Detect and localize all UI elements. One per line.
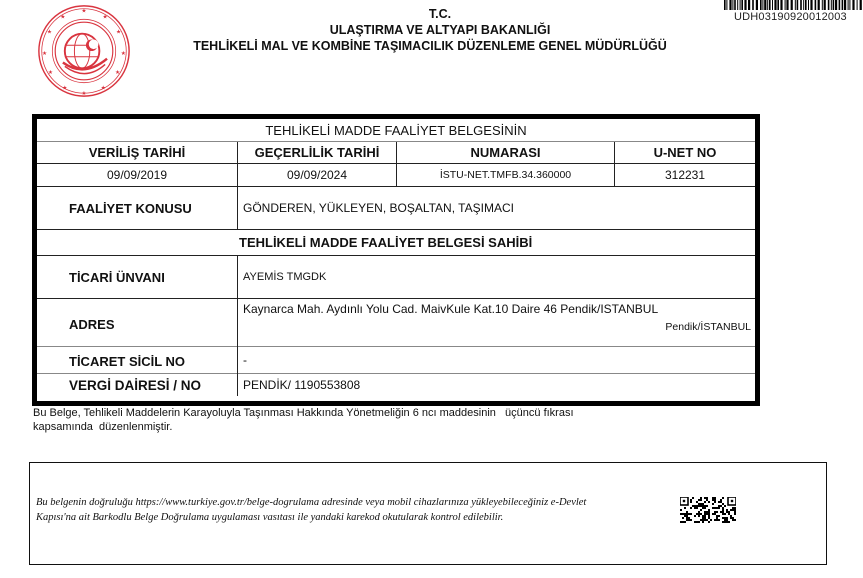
header-directorate: TEHLİKELİ MAL VE KOMBİNE TAŞIMACILIK DÜZ… [150,38,710,54]
certificate-number-value: İSTU-NET.TMFB.34.360000 [397,164,614,186]
unet-no-value: 312231 [615,164,755,186]
ministry-seal-icon: ★★★ ★★★ ★★★ ★★★ [36,3,132,99]
svg-text:★: ★ [42,50,47,57]
trade-name-value: AYEMİS TMGDK [238,256,755,298]
legal-note-line1: Bu Belge, Tehlikeli Maddelerin Karayoluy… [33,406,633,420]
legal-note-line2: kapsamında düzenlenmiştir. [33,420,633,434]
document-header: T.C. ULAŞTIRMA VE ALTYAPI BAKANLIĞI TEHL… [150,6,710,54]
certificate-title: TEHLİKELİ MADDE FAALİYET BELGESİNİN [37,119,755,141]
verification-line2: Kapısı'na ait Barkodlu Belge Doğrulama u… [36,510,666,525]
activity-label: FAALİYET KONUSU [37,187,237,229]
column-validity-date: GEÇERLİLİK TARİHİ [238,142,396,163]
address-label: ADRES [37,299,237,346]
svg-text:★: ★ [103,13,108,20]
trade-name-label: TİCARİ ÜNVANI [37,256,237,298]
column-unet-no: U-NET NO [615,142,755,163]
svg-text:★: ★ [81,90,86,97]
svg-text:★: ★ [48,69,53,76]
barcode-number: UDH03190920012003 [734,11,847,23]
svg-text:★: ★ [81,8,86,15]
svg-text:★: ★ [115,69,120,76]
verification-text: Bu belgenin doğruluğu https://www.turkiy… [36,495,666,525]
tax-office-label: VERGİ DAİRESİ / NO [37,374,237,396]
trade-registry-label: TİCARET SİCİL NO [37,347,237,373]
owner-section-title: TEHLİKELİ MADDE FAALİYET BELGESİ SAHİBİ [238,230,755,255]
svg-text:★: ★ [62,84,67,91]
qr-code-icon [680,497,736,523]
validity-date-value: 09/09/2024 [238,164,396,186]
legal-note: Bu Belge, Tehlikeli Maddelerin Karayoluy… [33,406,633,434]
tax-office-value: PENDİK/ 1190553808 [238,374,755,396]
svg-text:★: ★ [47,29,52,36]
verification-line1: Bu belgenin doğruluğu https://www.turkiy… [36,495,666,510]
address-value: Kaynarca Mah. Aydınlı Yolu Cad. MaivKule… [243,301,753,317]
header-ministry: ULAŞTIRMA VE ALTYAPI BAKANLIĞI [170,22,710,38]
activity-value: GÖNDEREN, YÜKLEYEN, BOŞALTAN, TAŞIMACI [238,187,755,229]
address-district: Pendik/İSTANBUL [636,320,751,334]
column-issue-date: VERİLİŞ TARİHİ [37,142,237,163]
svg-text:★: ★ [121,50,126,57]
column-number: NUMARASI [397,142,614,163]
trade-registry-value: - [238,347,755,373]
header-tc: T.C. [170,6,710,22]
svg-text:★: ★ [116,29,121,36]
svg-text:★: ★ [101,84,106,91]
barcode-icon [724,0,862,10]
svg-text:★: ★ [60,13,65,20]
issue-date-value: 09/09/2019 [37,164,237,186]
